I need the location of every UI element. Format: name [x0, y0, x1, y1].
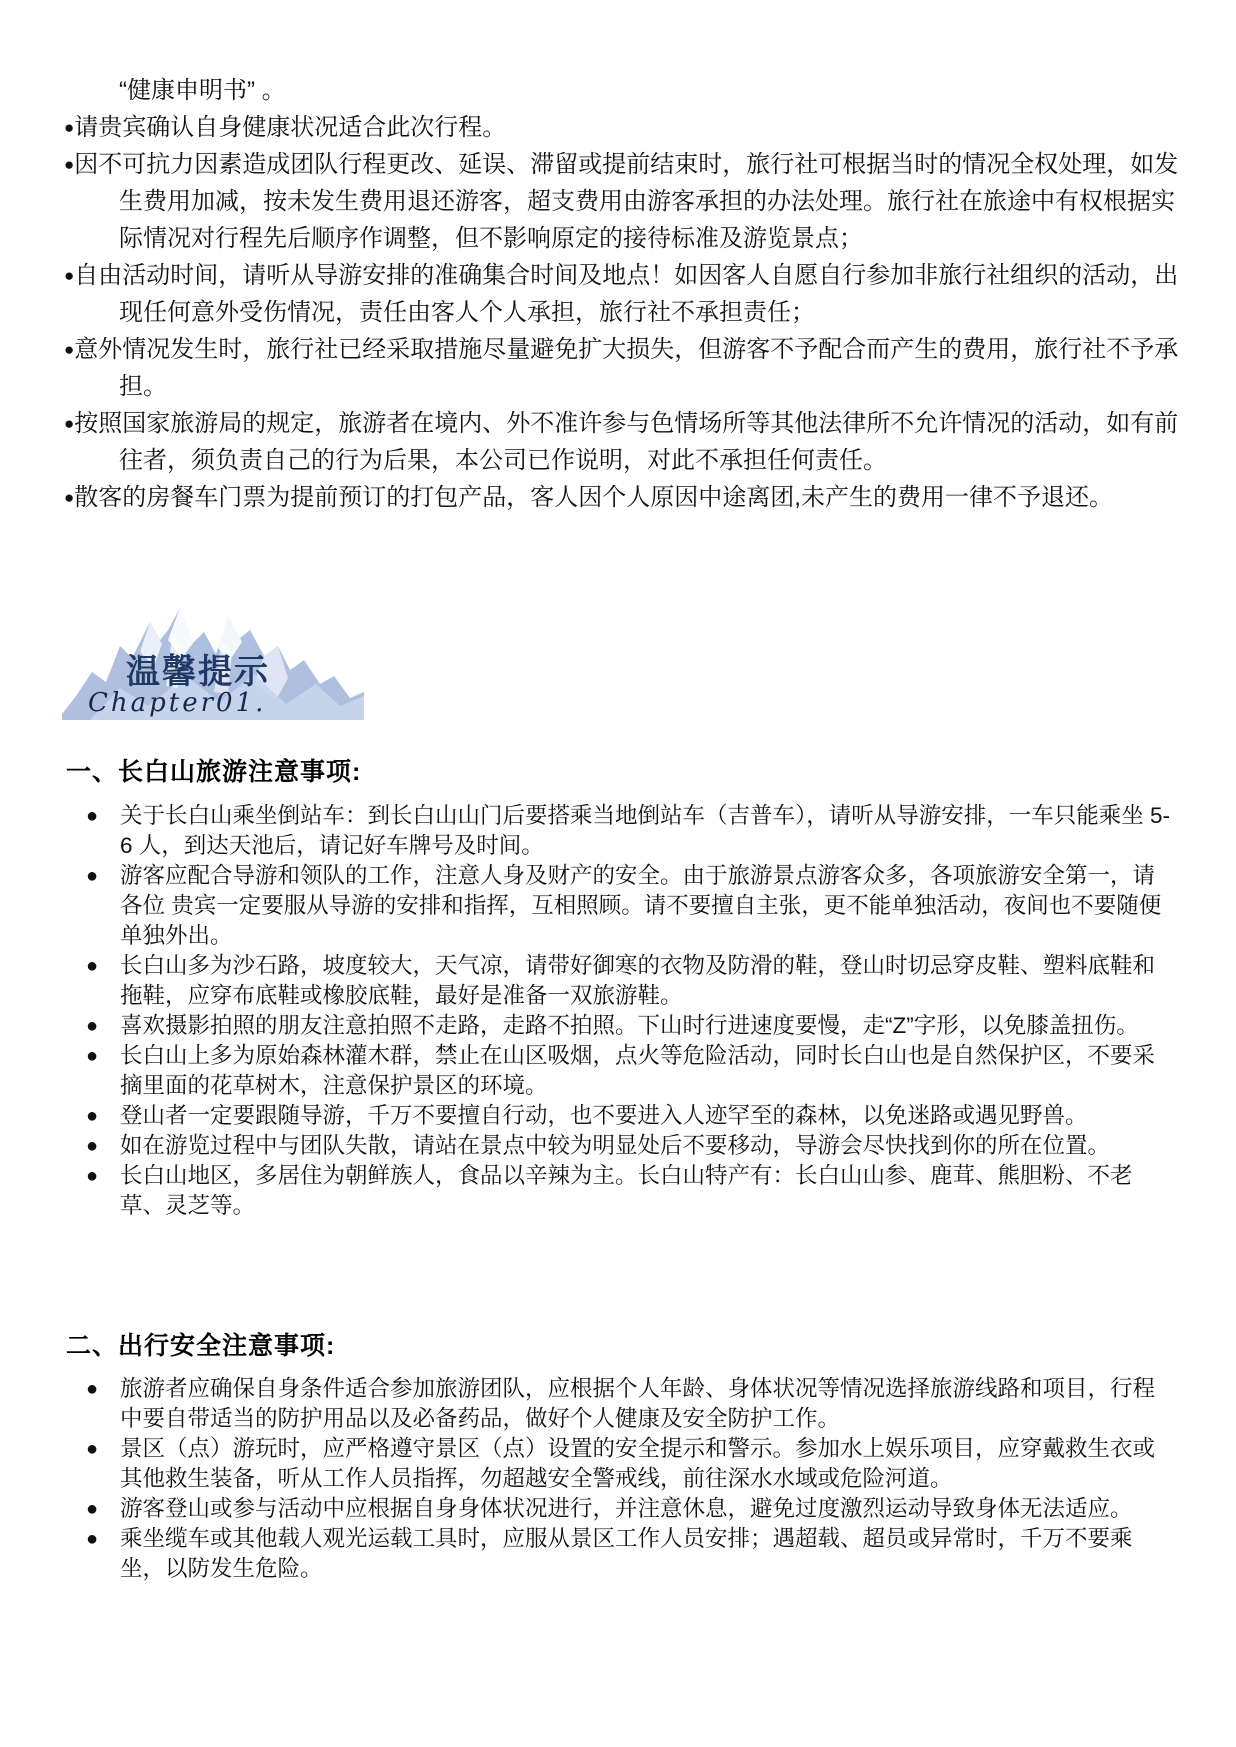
- document-page: “健康申明书” 。 ●请贵宾确认自身健康状况适合此次行程。 ●因不可抗力因素造成…: [0, 0, 1236, 1747]
- section-2-heading: 二、出行安全注意事项:: [66, 1326, 335, 1362]
- chapter-banner: 温馨提示 Chapter01.: [62, 596, 364, 720]
- bullet-icon: ●: [64, 414, 74, 433]
- bullet-icon: ●: [66, 1041, 120, 1071]
- bullet-icon: ●: [64, 155, 74, 174]
- lead-in-line: “健康申明书” 。: [119, 72, 1184, 109]
- list-item-text: 关于长白山乘坐倒站车：到长白山山门后要搭乘当地倒站车（吉普车），请听从导游安排，…: [120, 801, 1174, 861]
- list-item: ● 如在游览过程中与团队失散，请站在景点中较为明显处后不要移动，导游会尽快找到你…: [66, 1131, 1174, 1161]
- list-item-text: 长白山上多为原始森林灌木群，禁止在山区吸烟，点火等危险活动，同时长白山也是自然保…: [120, 1041, 1174, 1101]
- list-item: ● 喜欢摄影拍照的朋友注意拍照不走路，走路不拍照。下山时行进速度要慢，走“Z”字…: [66, 1011, 1174, 1041]
- bullet-icon: ●: [66, 801, 120, 831]
- bullet-icon: ●: [66, 951, 120, 981]
- bullet-icon: ●: [64, 118, 74, 137]
- list-item: ● 长白山上多为原始森林灌木群，禁止在山区吸烟，点火等危险活动，同时长白山也是自…: [66, 1041, 1174, 1101]
- bullet-icon: ●: [66, 1011, 120, 1041]
- bullet-icon: ●: [64, 488, 74, 507]
- list-item: ● 登山者一定要跟随导游，千万不要擅自行动，也不要进入人迹罕至的森林，以免迷路或…: [66, 1101, 1174, 1131]
- general-notes-block: “健康申明书” 。 ●请贵宾确认自身健康状况适合此次行程。 ●因不可抗力因素造成…: [64, 72, 1184, 516]
- chapter-title: 温馨提示: [126, 644, 270, 693]
- list-item: ● 乘坐缆车或其他载人观光运载工具时，应服从景区工作人员安排；遇超载、超员或异常…: [66, 1524, 1174, 1584]
- bullet-icon: ●: [66, 1101, 120, 1131]
- bullet-icon: ●: [66, 1161, 120, 1191]
- list-item: ● 景区（点）游玩时，应严格遵守景区（点）设置的安全提示和警示。参加水上娱乐项目…: [66, 1434, 1174, 1494]
- bullet-icon: ●: [66, 1374, 120, 1404]
- general-note-item: ●自由活动时间，请听从导游安排的准确集合时间及地点！如因客人自愿自行参加非旅行社…: [64, 257, 1184, 331]
- section-1-heading: 一、长白山旅游注意事项:: [66, 752, 361, 788]
- bullet-icon: ●: [66, 1524, 120, 1554]
- general-notes-list: ●请贵宾确认自身健康状况适合此次行程。 ●因不可抗力因素造成团队行程更改、延误、…: [64, 109, 1184, 516]
- bullet-icon: ●: [64, 266, 74, 285]
- list-item-text: 乘坐缆车或其他载人观光运载工具时，应服从景区工作人员安排；遇超载、超员或异常时，…: [120, 1524, 1174, 1584]
- general-note-item: ●意外情况发生时，旅行社已经采取措施尽量避免扩大损失，但游客不予配合而产生的费用…: [64, 331, 1184, 405]
- list-item: ● 关于长白山乘坐倒站车：到长白山山门后要搭乘当地倒站车（吉普车），请听从导游安…: [66, 801, 1174, 861]
- general-note-text: 请贵宾确认自身健康状况适合此次行程。: [74, 114, 506, 141]
- section-1-list: ● 关于长白山乘坐倒站车：到长白山山门后要搭乘当地倒站车（吉普车），请听从导游安…: [66, 801, 1174, 1221]
- general-note-text: 散客的房餐车门票为提前预订的打包产品，客人因个人原因中途离团,未产生的费用一律不…: [74, 484, 1113, 511]
- list-item: ● 长白山多为沙石路，坡度较大，天气凉，请带好御寒的衣物及防滑的鞋，登山时切忌穿…: [66, 951, 1174, 1011]
- list-item-text: 景区（点）游玩时，应严格遵守景区（点）设置的安全提示和警示。参加水上娱乐项目，应…: [120, 1434, 1174, 1494]
- list-item-text: 长白山多为沙石路，坡度较大，天气凉，请带好御寒的衣物及防滑的鞋，登山时切忌穿皮鞋…: [120, 951, 1174, 1011]
- list-item: ● 游客应配合导游和领队的工作，注意人身及财产的安全。由于旅游景点游客众多，各项…: [66, 861, 1174, 951]
- list-item: ● 长白山地区，多居住为朝鲜族人，食品以辛辣为主。长白山特产有：长白山山参、鹿茸…: [66, 1161, 1174, 1221]
- bullet-icon: ●: [64, 340, 74, 359]
- list-item: ● 旅游者应确保自身条件适合参加旅游团队，应根据个人年龄、身体状况等情况选择旅游…: [66, 1374, 1174, 1434]
- section-2-list: ● 旅游者应确保自身条件适合参加旅游团队，应根据个人年龄、身体状况等情况选择旅游…: [66, 1374, 1174, 1584]
- general-note-item: ●按照国家旅游局的规定，旅游者在境内、外不准许参与色情场所等其他法律所不允许情况…: [64, 405, 1184, 479]
- list-item: ● 游客登山或参与活动中应根据自身身体状况进行，并注意休息，避免过度激烈运动导致…: [66, 1494, 1174, 1524]
- general-note-text: 自由活动时间，请听从导游安排的准确集合时间及地点！如因客人自愿自行参加非旅行社组…: [74, 262, 1178, 326]
- general-note-text: 意外情况发生时，旅行社已经采取措施尽量避免扩大损失，但游客不予配合而产生的费用，…: [74, 336, 1178, 400]
- list-item-text: 游客登山或参与活动中应根据自身身体状况进行，并注意休息，避免过度激烈运动导致身体…: [120, 1494, 1174, 1524]
- list-item-text: 旅游者应确保自身条件适合参加旅游团队，应根据个人年龄、身体状况等情况选择旅游线路…: [120, 1374, 1174, 1434]
- list-item-text: 如在游览过程中与团队失散，请站在景点中较为明显处后不要移动，导游会尽快找到你的所…: [120, 1131, 1174, 1161]
- list-item-text: 登山者一定要跟随导游，千万不要擅自行动，也不要进入人迹罕至的森林，以免迷路或遇见…: [120, 1101, 1174, 1131]
- general-note-text: 按照国家旅游局的规定，旅游者在境内、外不准许参与色情场所等其他法律所不允许情况的…: [74, 410, 1178, 474]
- list-item-text: 游客应配合导游和领队的工作，注意人身及财产的安全。由于旅游景点游客众多，各项旅游…: [120, 861, 1174, 951]
- bullet-icon: ●: [66, 1434, 120, 1464]
- general-note-item: ●散客的房餐车门票为提前预订的打包产品，客人因个人原因中途离团,未产生的费用一律…: [64, 479, 1184, 516]
- list-item-text: 长白山地区，多居住为朝鲜族人，食品以辛辣为主。长白山特产有：长白山山参、鹿茸、熊…: [120, 1161, 1174, 1221]
- bullet-icon: ●: [66, 861, 120, 891]
- chapter-label: Chapter01.: [88, 688, 266, 718]
- general-note-item: ●请贵宾确认自身健康状况适合此次行程。: [64, 109, 1184, 146]
- general-note-text: 因不可抗力因素造成团队行程更改、延误、滞留或提前结束时，旅行社可根据当时的情况全…: [74, 151, 1178, 252]
- list-item-text: 喜欢摄影拍照的朋友注意拍照不走路，走路不拍照。下山时行进速度要慢，走“Z”字形，…: [120, 1011, 1174, 1041]
- bullet-icon: ●: [66, 1131, 120, 1161]
- general-note-item: ●因不可抗力因素造成团队行程更改、延误、滞留或提前结束时，旅行社可根据当时的情况…: [64, 146, 1184, 257]
- bullet-icon: ●: [66, 1494, 120, 1524]
